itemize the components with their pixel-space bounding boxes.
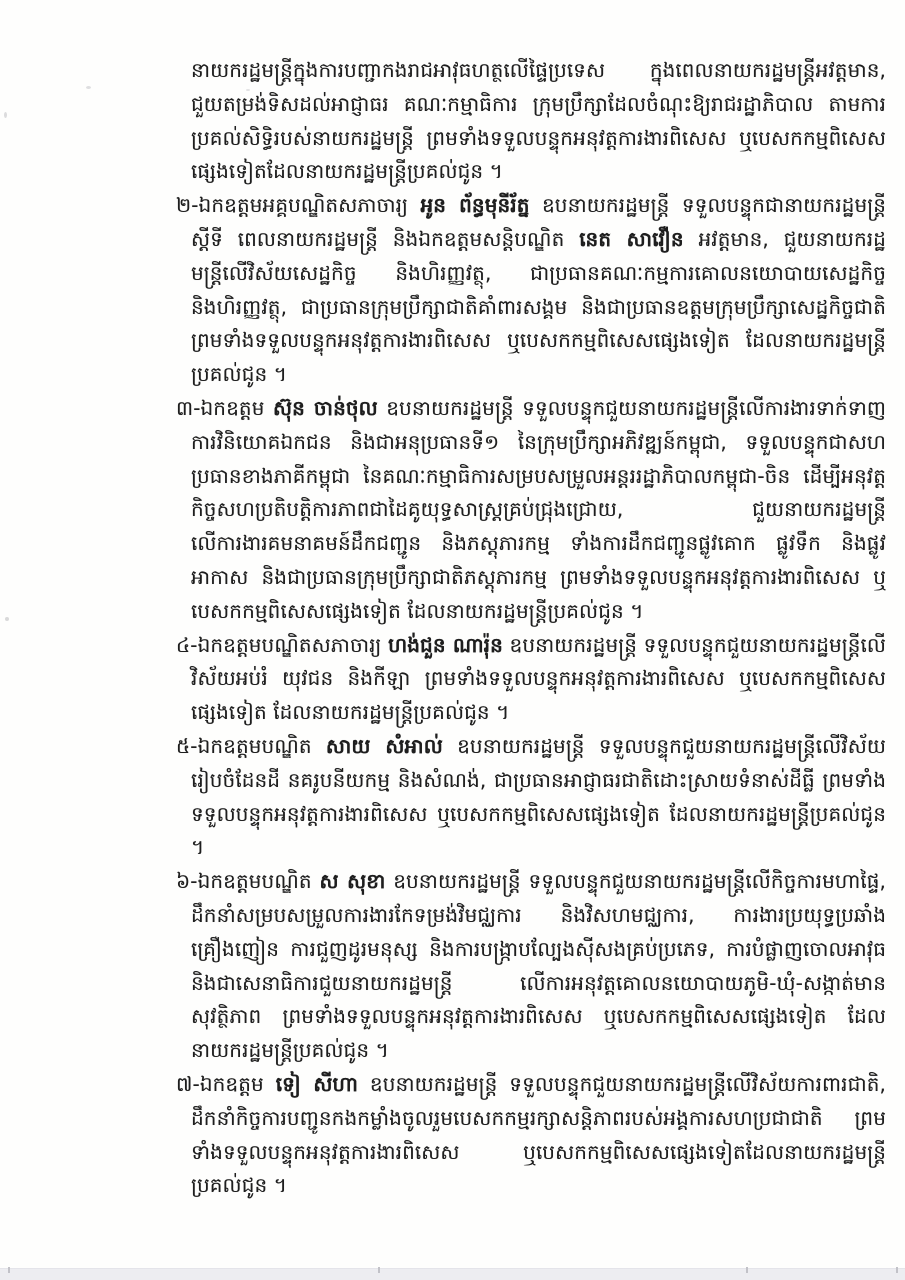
paragraph-item-4: ៤-ឯកឧត្តមបណ្ឌិតសភាចារ្យ ហង់ជួន ណារ៉ុន ឧប… xyxy=(176,629,886,730)
paragraph-text: នាយករដ្ឋមន្ត្រីក្នុងការបញ្ជាកងរាជអាវុធហត… xyxy=(191,58,886,183)
scan-edge-tick xyxy=(8,1267,10,1273)
paragraph-text: ២-ឯកឧត្តមអគ្គបណ្ឌិតសភាចារ្យ xyxy=(176,193,421,217)
scan-speck xyxy=(246,89,250,91)
scan-edge-tick xyxy=(746,1267,748,1273)
official-name: សាយ សំអាល់ xyxy=(326,734,443,758)
paragraph-item-7: ៧-ឯកឧត្តម ទៀ សីហា ឧបនាយករដ្ឋមន្ត្រី ទទួល… xyxy=(176,1068,886,1203)
paragraph-item-6: ៦-ឯកឧត្តមបណ្ឌិត ស សុខា ឧបនាយករដ្ឋមន្ត្រី… xyxy=(176,865,886,1068)
paragraph-text: ៦-ឯកឧត្តមបណ្ឌិត xyxy=(176,869,320,893)
official-name: ទៀ សីហា xyxy=(276,1072,358,1096)
paragraph-item-2: ២-ឯកឧត្តមអគ្គបណ្ឌិតសភាចារ្យ អូន ព័ន្ធមុន… xyxy=(176,189,886,392)
paragraph-text: ៣-ឯកឧត្តម xyxy=(176,396,273,420)
scan-edge-tick xyxy=(378,1267,380,1273)
paragraph-text: ៥-ឯកឧត្តមបណ្ឌិត xyxy=(176,734,326,758)
official-name: នេត សាវឿន xyxy=(579,227,683,251)
document-body-text: នាយករដ្ឋមន្ត្រីក្នុងការបញ្ជាកងរាជអាវុធហត… xyxy=(176,54,886,1203)
official-name: ស សុខា xyxy=(320,869,386,893)
official-name: ហង់ជួន ណារ៉ុន xyxy=(388,633,503,657)
paragraph-text: ៤-ឯកឧត្តមបណ្ឌិតសភាចារ្យ xyxy=(176,633,388,657)
official-name: ស៊ុន ចាន់ថុល xyxy=(273,396,378,420)
official-name: អូន ព័ន្ធមុនីរ័ត្ន xyxy=(421,193,530,217)
scanned-page: នាយករដ្ឋមន្ត្រីក្នុងការបញ្ជាកងរាជអាវុធហត… xyxy=(0,0,905,1280)
paragraph-intro-continuation: នាយករដ្ឋមន្ត្រីក្នុងការបញ្ជាកងរាជអាវុធហត… xyxy=(176,54,886,189)
paragraph-text: ៧-ឯកឧត្តម xyxy=(176,1072,276,1096)
scan-edge-tick xyxy=(896,1267,898,1273)
paragraph-text: ឧបនាយករដ្ឋមន្ត្រី ទទួលបន្ទុកជួយនាយករដ្ឋម… xyxy=(191,396,886,623)
paragraph-item-3: ៣-ឯកឧត្តម ស៊ុន ចាន់ថុល ឧបនាយករដ្ឋមន្ត្រី… xyxy=(176,392,886,629)
paragraph-item-5: ៥-ឯកឧត្តមបណ្ឌិត សាយ សំអាល់ ឧបនាយករដ្ឋមន្… xyxy=(176,730,886,865)
paragraph-text: ឧបនាយករដ្ឋមន្ត្រី ទទួលបន្ទុកជួយនាយករដ្ឋម… xyxy=(191,869,886,1062)
scan-edge-artifact xyxy=(0,1268,905,1280)
scan-speck xyxy=(4,112,7,118)
scan-speck xyxy=(5,617,9,621)
scan-speck xyxy=(86,86,91,89)
